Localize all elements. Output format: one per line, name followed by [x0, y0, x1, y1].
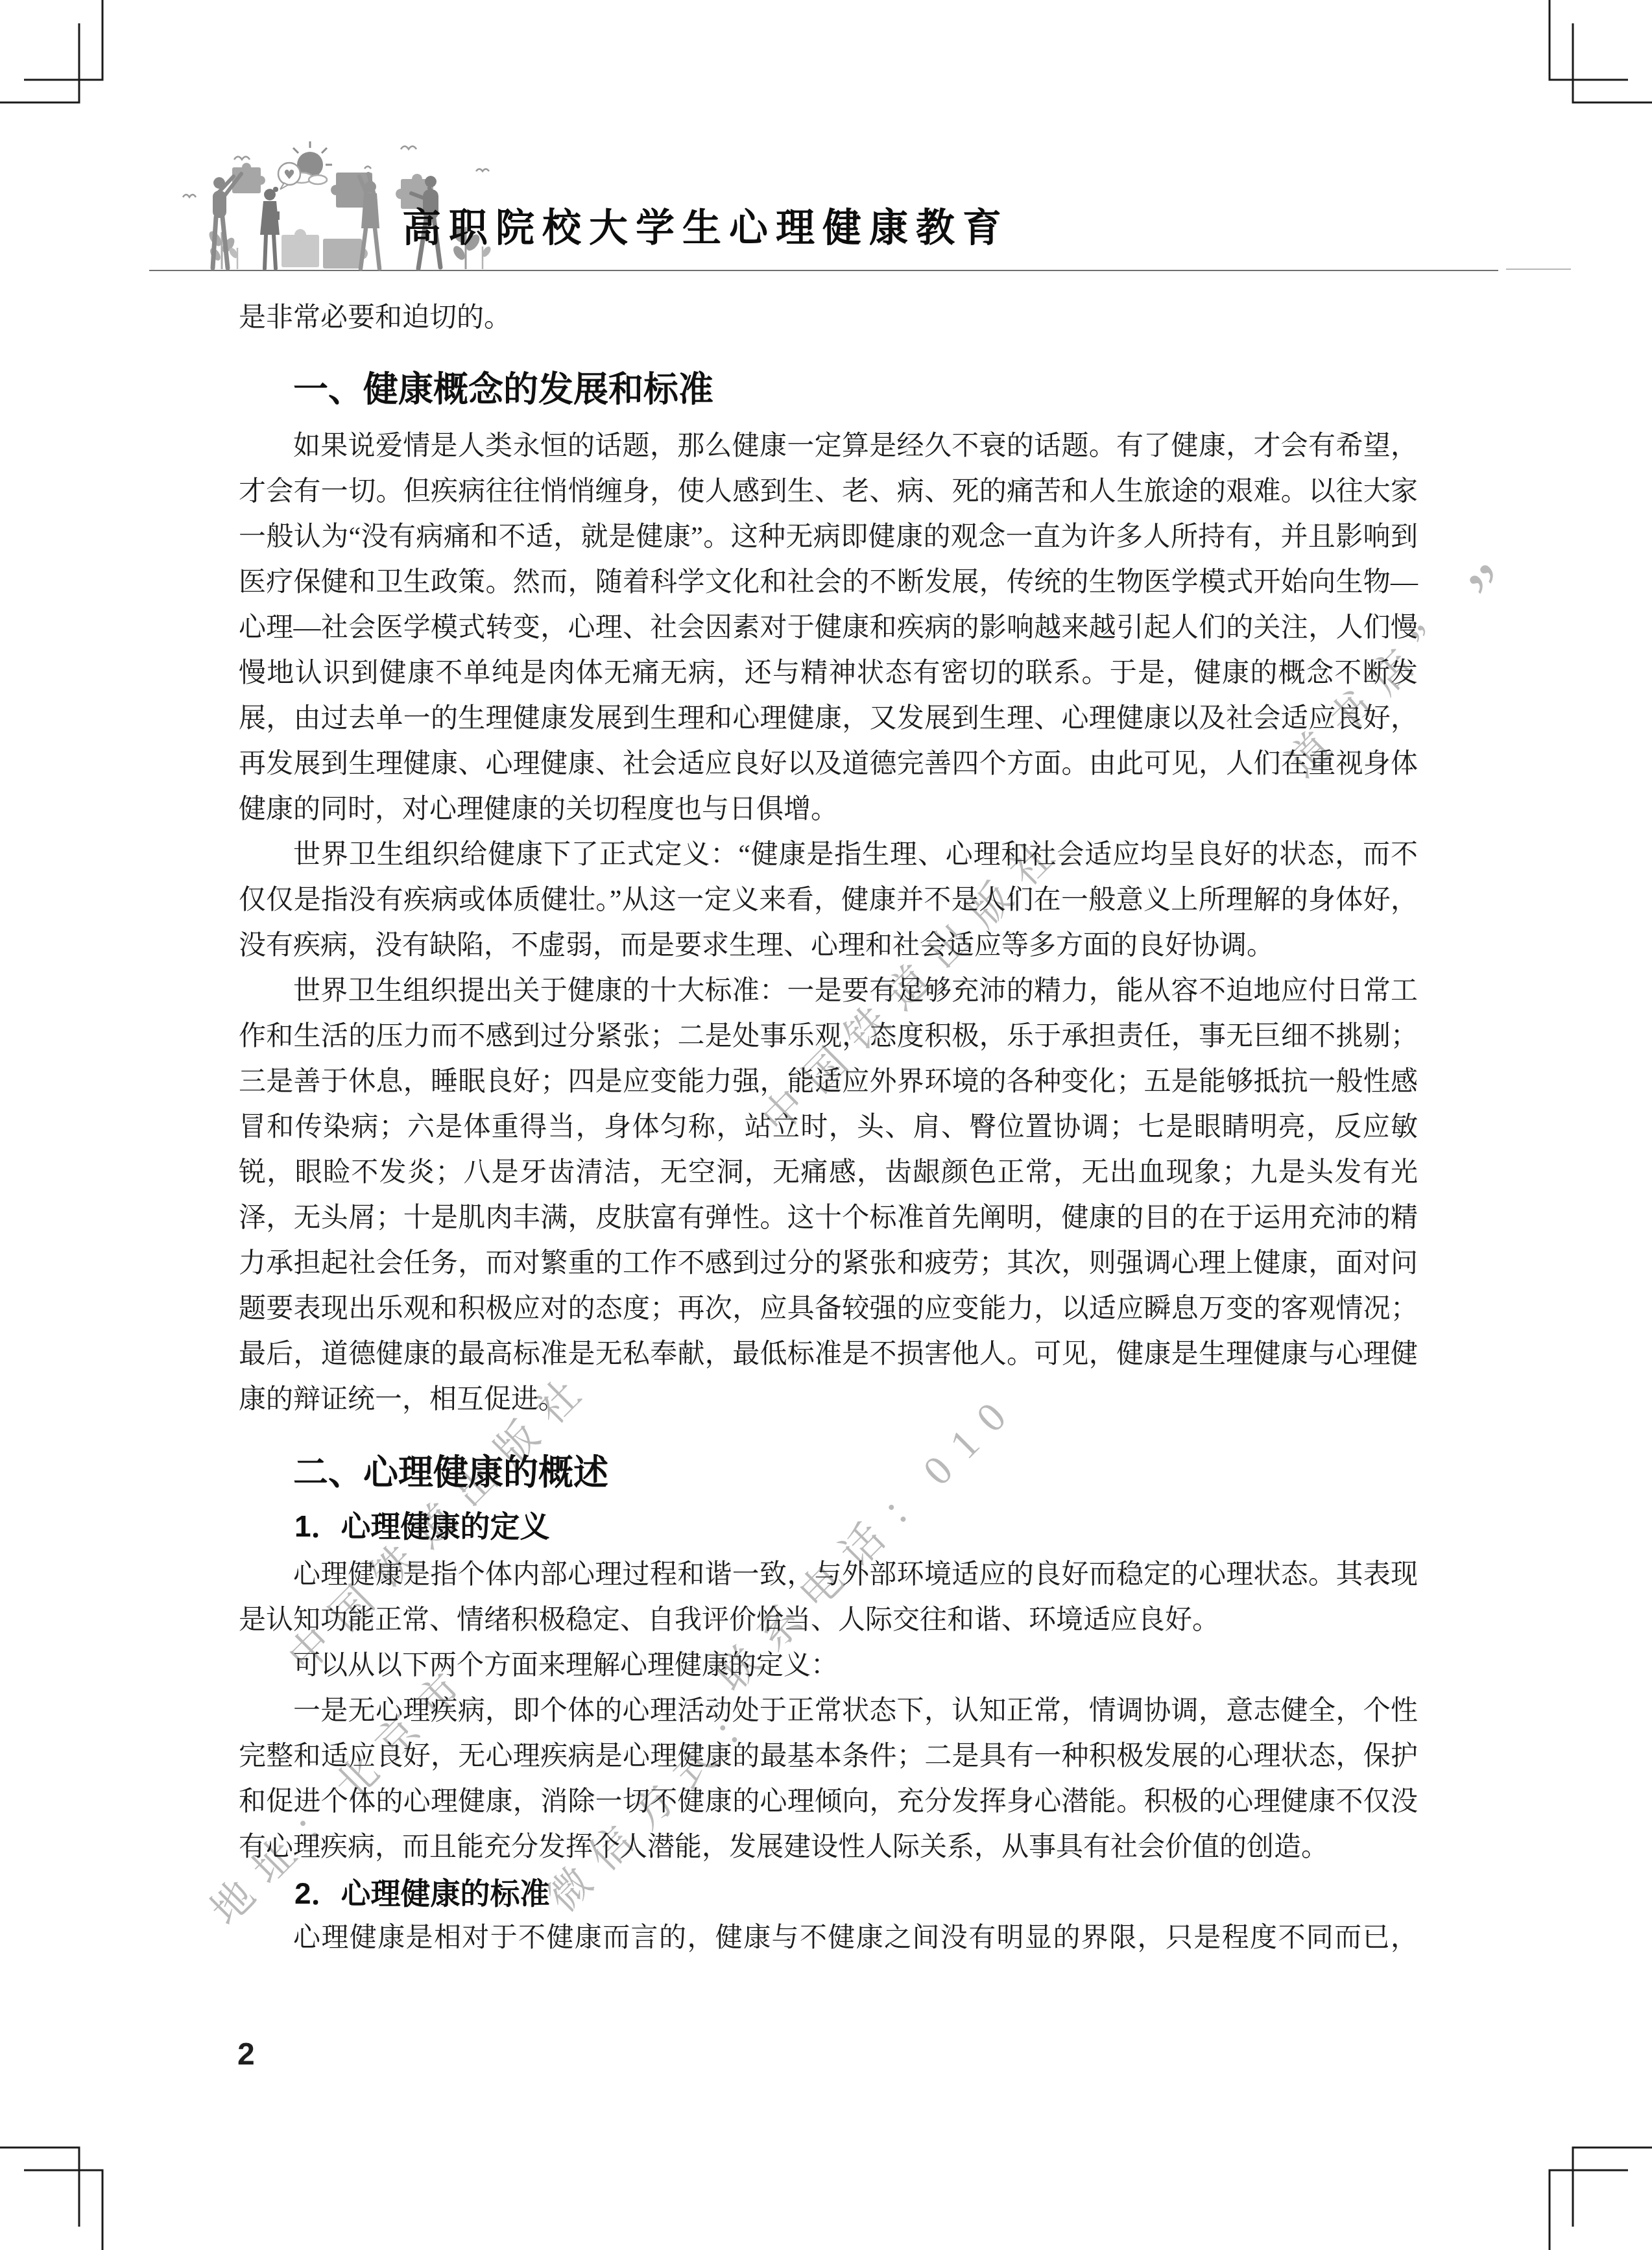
svg-text:♥: ♥	[283, 167, 295, 182]
section-heading-mental-health-overview: 二、心理健康的概述	[293, 1454, 1418, 1492]
paragraph: 可以从以下两个方面来理解心理健康的定义：	[239, 1643, 1418, 1688]
puzzle-piece-icon	[281, 229, 368, 269]
crop-mark-top-left	[0, 0, 110, 110]
paragraph-continuation: 是非常必要和迫切的。	[239, 295, 1418, 341]
paragraph: 心理健康是相对于不健康而言的，健康与不健康之间没有明显的界限，只是程度不同而已，	[239, 1915, 1418, 1961]
crop-mark-top-right	[1542, 0, 1652, 110]
speech-bubble-heart-icon: ♥	[278, 163, 300, 189]
page-number: 2	[237, 2037, 255, 2072]
page-body: 是非常必要和迫切的。 一、健康概念的发展和标准 如果说爱情是人类永恒的话题，那么…	[239, 295, 1418, 1961]
subsection-heading-standards: 2．心理健康的标准	[294, 1876, 1418, 1910]
watermark-text: ”	[1453, 536, 1546, 629]
paragraph: 世界卫生组织给健康下了正式定义：“健康是指生理、心理和社会适应均呈良好的状态，而…	[239, 832, 1418, 968]
book-title: 高职院校大学生心理健康教育	[402, 197, 1009, 253]
crop-mark-bottom-right	[1542, 2140, 1652, 2250]
header-rule-extension	[1506, 269, 1571, 270]
paragraph: 心理健康是指个体内部心理过程和谐一致，与外部环境适应的良好而稳定的心理状态。其表…	[239, 1552, 1418, 1643]
person-figure	[359, 174, 379, 269]
section-heading-health-concept: 一、健康概念的发展和标准	[293, 370, 1418, 409]
book-page: 中国铁道出版社中国铁道出版社地址：北京市微信方式：联系电话：010道书店””	[0, 0, 1652, 2250]
paragraph: 如果说爱情是人类永恒的话题，那么健康一定算是经久不衰的话题。有了健康，才会有希望…	[239, 424, 1418, 832]
paragraph: 世界卫生组织提出关于健康的十大标准：一是要有足够充沛的精力，能从容不迫地应付日常…	[239, 968, 1418, 1422]
subsection-heading-definition: 1．心理健康的定义	[294, 1509, 1418, 1543]
crop-mark-bottom-left	[0, 2140, 110, 2250]
paragraph: 一是无心理疾病，即个体的心理活动处于正常状态下，认知正常，情调协调，意志健全，个…	[239, 1688, 1418, 1870]
